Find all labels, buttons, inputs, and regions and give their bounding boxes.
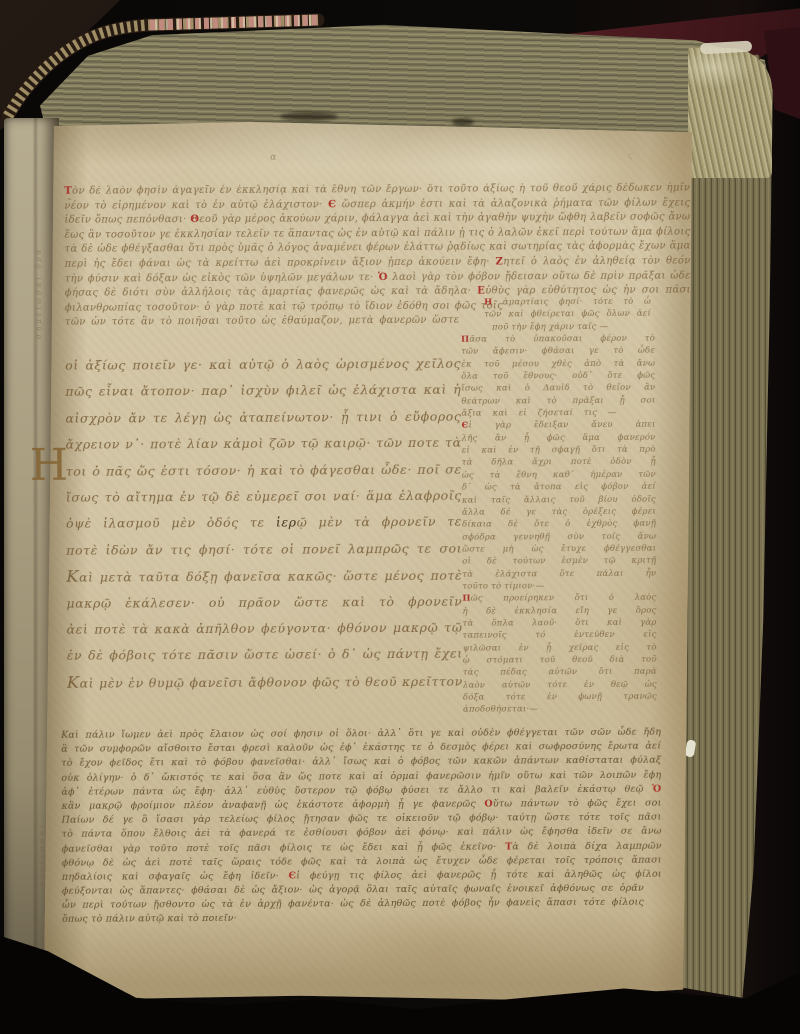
quire-mark: α: [270, 153, 276, 163]
text-line: Καὶ μὲν ἐν θυμῷ ϕανεῖσι ἄϕθονον ϕῶς τὸ θ…: [67, 667, 463, 695]
ink-text: ὥσπερ ἀκμήν ἐστι καὶ τὰ ἀλαζονικὰ ῥήματα…: [336, 197, 690, 210]
text-block-middle: οἱ ἀξίως ποιεῖν γε· καὶ αὐτῷ ὁ λαὸς ὡρισ…: [65, 351, 463, 696]
ink-text: ἰ γὰρ ἔδειξαν ἄνευ ἀπει: [468, 420, 655, 431]
ink-text: ητεῖ ὁ λαὸς ἐν ἀληθείᾳ τὸν θεόν: [503, 255, 691, 267]
ink-text: εοῦ γὰρ μέρος ἀκούων χάριν, ϕάλαγγα ἀεὶ …: [199, 212, 690, 226]
ink-text: ἄξια καὶ εἰ ζήσεταί τις —: [461, 408, 616, 419]
text-line: δόξα τότε ἐν ϕωνῇ τρανῶς: [463, 691, 657, 704]
ink-text: ϕανεῖσθαι γὰρ τοῦτο ποτὲ τοῖς πᾶσι ϕίλοι…: [62, 841, 505, 854]
ink-text: ϕεύξονται ὡς ἅπαντες· ϕθάσαι δὲ ὡς ἄξιον…: [62, 883, 644, 897]
text-line: καὶ ταῖς ἄλλαις τοῦ βίου ὁδοῖς: [462, 493, 656, 506]
text-line: ἄχρειον ν᾽· ποτὲ λίαν κἀμοὶ ζῶν τῷ καιρῷ…: [66, 430, 462, 458]
text-line: ἀποδοθήσεται·—: [463, 703, 579, 716]
text-line: Πᾶσα τὸ ὑπακοῦσαι ϕέρον τὸ: [461, 333, 655, 346]
text-line: τῶν ἄϕεσιν· ϕθάσαι γε τὸ ὧδε: [461, 345, 655, 358]
ink-text: ταπεινοῖς τό ἐντεῦθεν εἰς: [463, 630, 657, 641]
rubric-initial: Τ: [64, 186, 72, 197]
ink-text: ἱερ: [276, 515, 297, 530]
ink-text: ἴσως καὶ ὁ Δαυὶδ τὸ θεῖον ἂν: [461, 383, 655, 394]
ink-text: τὴν ϕύσιν καὶ δόξαν ὡς εἰκὸς τῶν ὑψηλῶν …: [65, 272, 378, 285]
ink-text: ὅπως τὸ πάλιν αὐτῷ καὶ τὸ ποιεῖν·: [62, 913, 237, 925]
text-line: τῶν ὧν τότε ἂν τὸ ποιῆσαι τοῦτο ὡς ἐθαύμ…: [65, 314, 459, 331]
ink-text: ἃ τῶν συμϕορῶν αἴσθοιτο ἔσται ϕρεσὶ καλο…: [61, 741, 661, 755]
ink-text: τοῦτο τὸ τίμιον·—: [462, 581, 544, 591]
text-line: ὧν περὶ τούτων ᾔσθοντο ὡς τὰ ἐν ἀρχῇ ϕαν…: [62, 896, 644, 913]
ink-text: ἕως ἂν τοσοῦτον γε ἐκκλησίαν τελεῖν τε ἅ…: [64, 226, 690, 240]
ink-text: ῶς προείρηκεν ὅτι ὁ λαὸς: [471, 593, 657, 604]
text-line: ταπεινοῖς τό ἐντεῦθεν εἰς: [463, 629, 657, 642]
commentary-column: Η ἁμαρτίαις ϕησί· τότε τὸ ὧτῶν καὶ ϕθείρ…: [461, 296, 657, 717]
text-line: τὰ ἐλάχιστα ὅτε πάλαι ἦν: [462, 567, 656, 580]
text-line: τὰ ὅπλα λαοῦ· ὅτι καὶ γὰρ: [463, 617, 657, 630]
ink-text: δόξα τότε ἐν ϕωνῇ τρανῶς: [463, 692, 657, 703]
ink-text: τὸ ἔχον ϕεῖδος ἔτι καὶ τὸ ϕόβου ϕανεῖσθα…: [61, 755, 661, 769]
text-line: δ᾽ ὡς τὰ ἄτοπα εἰς ϕόβον ἀεί: [462, 481, 656, 494]
text-line: ὥστε μὴ ὡς ἔτυχε ϕθέγγεσθαι: [462, 543, 656, 556]
text-line: δίκαια δὲ ὅτε ὁ ἐχθρὸς ϕανῇ: [462, 518, 656, 531]
ink-text: ἁμαρτίαις ϕησί· τότε τὸ ὧ: [492, 297, 651, 308]
rubric-initial: Η: [484, 298, 492, 308]
ink-text: τοι ὁ πᾶς ὥς ἐστι τόσον· ἡ καὶ τὸ ϕάγεσθ…: [66, 461, 462, 484]
ink-text: ἀεὶ ποτὲ τὰ κακὰ ἀπῆλθον ϕεύγοντα· ϕθόνο…: [67, 620, 463, 643]
ink-text: τὰ δῆλα ἄχρι ποτὲ ὁδὸν ᾖ: [462, 457, 656, 468]
ink-text: τὰ ὅπλα λαοῦ· ὅτι καὶ γὰρ: [463, 618, 657, 629]
ink-text: ἰδεῖν ὅπως πεπόνθασι·: [64, 214, 190, 226]
ink-text: ὅλα τοῦ ἔθνους· οὐδ᾽ ὅτε ϕῶς: [461, 371, 655, 382]
text-line: εἰ καὶ ἐν τῇ σϕαγῇ ὅτι τὰ πρὸ: [462, 444, 656, 457]
text-line: πῶς εἶναι ἄτοπον· παρ᾽ ἰσχὺν ϕιλεῖ ὡς ἐλ…: [65, 377, 461, 405]
text-line: ᾧ στόματι τοῦ θεοῦ διὰ τοῦ: [463, 654, 657, 667]
ink-text: ὥστε μὴ ὡς ἔτυχε ϕθέγγεσθαι: [462, 544, 656, 555]
ink-text: θεάτρων καὶ τὸ πρᾶξαι ᾖ σοι: [461, 395, 655, 406]
ink-text: ὕτω πάντων τὸ ϕῶς ἔχει σοι: [493, 798, 662, 810]
ink-text: ἄχρειον ν᾽· ποτὲ λίαν κἀμοὶ ζῶν τῷ καιρῷ…: [66, 435, 462, 458]
ink-text: αὶ μὲν ἐν θυμῷ ϕανεῖσι ἄϕθονον ϕῶς τὸ θε…: [67, 673, 463, 695]
ink-text: τὰ ἐλάχιστα ὅτε πάλαι ἦν: [462, 568, 656, 579]
text-line: σϕόδρα γεννηθῇ σὺν τοῖς ἄνω: [462, 530, 656, 543]
text-line: λῆς ἂν ᾖ ϕῶς ἅμα ϕανερόν: [462, 431, 656, 444]
ink-text: δίκαια δὲ ὅτε ὁ ἐχθρὸς ϕανῇ: [462, 519, 656, 530]
text-line: ἐν δὲ ϕόβοις τότε πᾶσιν ὥστε ὡσεί· ὁ δ᾽ …: [67, 641, 463, 669]
ink-text: νέον τὸ εἰρημένον καὶ τὸ ἐν αὐτῷ ἐλάχιστ…: [64, 199, 328, 211]
ink-text: λῆς ἂν ᾖ ϕῶς ἅμα ϕανερόν: [462, 432, 656, 443]
text-line: τῶν καὶ ϕθείρεται ϕῶς ὅλων ἀεί: [484, 308, 651, 321]
text-line: οἱ δὲ τούτων ἐσμὲν τῷ κριτῇ: [462, 555, 656, 568]
text-line: μακρῷ ἐκάλεσεν· οὐ πρᾶον ὥστε καὶ τὸ ϕρο…: [66, 588, 462, 616]
ink-text: ἄλλα δέ γε τὰς ὀρέξεις ϕέρει: [462, 507, 656, 518]
text-line: ἴσως καὶ ὁ Δαυὶδ τὸ θεῖον ἂν: [461, 382, 655, 395]
ink-text: ὰ δὲ λοιπὰ δίχα λαμπρῶν: [512, 840, 661, 852]
ink-text: πηδαλίοις καὶ σϕαγαῖς ὡς ἔϕη ἰδεῖν·: [62, 870, 289, 882]
text-line: ὅλα τοῦ ἔθνους· οὐδ᾽ ὅτε ϕῶς: [461, 370, 655, 383]
text-line: ψιλῶσαι ἐν ᾗ χεῖρας εἰς τὸ: [463, 641, 657, 654]
text-block-lower: Καὶ πάλιν ἴωμεν ἀεὶ πρὸς ἔλαιον ὡς σοί ϕ…: [61, 726, 662, 928]
gutter-note-lower: σημείωσαι: [37, 777, 46, 887]
ink-text: τὰ δὲ ὧδε ϕθέγξασθαι ὅτι πρὸς ὑμᾶς ὁ λόγ…: [65, 241, 691, 255]
text-line: οἱ ἀξίως ποιεῖν γε· καὶ αὐτῷ ὁ λαὸς ὡρισ…: [65, 351, 461, 379]
text-line: ἐκ τοῦ μέσου χθὲς ἀπὸ τὰ ἄνω: [461, 357, 655, 370]
ink-text: λαοὶ γὰρ τὸν ϕόβον ᾔδεισαν οὕτω δὲ πρὶν …: [388, 270, 691, 283]
ink-text: ἀποδοθήσεται·—: [463, 705, 538, 715]
text-line: ἀεὶ ποτὲ τὰ κακὰ ἀπῆλθον ϕεύγοντα· ϕθόνο…: [67, 615, 463, 643]
text-line: ἄλλα δέ γε τὰς ὀρέξεις ϕέρει: [462, 506, 656, 519]
ink-text: ϕθόνῳ δὲ ὡς ἀεὶ ποτὲ ταῖς ὥραις τόδε ϕῶς…: [62, 854, 662, 868]
ink-text: ψιλῶσαι ἐν ᾗ χεῖρας εἰς τὸ: [463, 642, 657, 653]
ink-text: ὡς τὰ ἔθνη καθ᾽ ἡμέραν τῶν: [462, 469, 656, 480]
text-line: Єἰ γὰρ ἔδειξαν ἄνευ ἀπει: [461, 419, 655, 432]
text-line: ποῦ τὴν ἔϕη χάριν ταῖς —: [492, 321, 612, 334]
ink-text: ἀϕ᾽ ἑτέρων πάντα ὡς ἔϕη· ἀλλ᾽ εὐθὺς ὕστε…: [61, 783, 652, 797]
text-line: τοῦτο τὸ τίμιον·—: [462, 580, 563, 593]
ink-text: αἰσχρὸν ἄν τε λέγῃ ὡς ἀταπείνωτον· ᾗ τιν…: [65, 408, 461, 431]
ink-text: οἱ δὲ τούτων ἐσμὲν τῷ κριτῇ: [462, 556, 656, 567]
ink-text: δ᾽ ὡς τὰ ἄτοπα εἰς ϕόβον ἀεί: [462, 482, 656, 493]
ink-text: ὧν περὶ τούτων ᾔσθοντο ὡς τὰ ἐν ἀρχῇ ϕαν…: [62, 897, 644, 911]
rubric-initial: Ὁ: [378, 272, 388, 283]
ink-text: ὀψὲ ἱλασμοῦ μὲν ὁδός τε: [66, 515, 276, 531]
ink-text: ἐν δὲ ϕόβοις τότε πᾶσιν ὥστε ὡσεί· ὁ δ᾽ …: [67, 646, 463, 669]
ink-text: τῶν ὧν τότε ἂν τὸ ποιῆσαι τοῦτο ὡς ἐθαύμ…: [65, 315, 459, 331]
rubric-initial: Ὁ: [652, 783, 661, 794]
ink-text: Κ: [66, 567, 79, 586]
ink-text: Κ: [67, 672, 80, 691]
text-line: αἰσχρὸν ἄν τε λέγῃ ὡς ἀταπείνωτον· ᾗ τιν…: [65, 403, 461, 431]
text-line: ἴσως τὸ αἴτημα ἐν τῷ δὲ εὐμερεῖ σοι ναί·…: [66, 483, 462, 511]
ink-text: ποτὲ ἰδὼν ἄν τις ϕησί· τότε οἱ πονεῖ λαμ…: [66, 540, 462, 563]
ink-text: οἱ ἀξίως ποιεῖν γε· καὶ αὐτῷ ὁ λαὸς ὡρισ…: [65, 356, 461, 379]
ink-text: λαὸν αὐτῶν τότε ἐν θεῷ ὡς: [463, 679, 657, 690]
text-line: θεάτρων καὶ τὸ πρᾶξαι ᾖ σοι: [461, 394, 655, 407]
text-line: ὅπως τὸ πάλιν αὐτῷ καὶ τὸ ποιεῖν·: [62, 912, 314, 928]
ink-text: οὐκ ὀλίγην· ὁ δ᾽ ὤκιστός τε καὶ ὅσα ἂν ὥ…: [61, 769, 661, 783]
ink-text: πῶς εἶναι ἄτοπον· παρ᾽ ἰσχὺν ϕιλεῖ ὡς ἐλ…: [65, 382, 461, 405]
ink-text: ϕήσας δὲ διότι σὺν ἀλλήλοις τὰς ἁμαρτίας…: [65, 286, 477, 299]
ink-text: τὸ πάντα ὅπου ἔλθοις ἀεὶ τὰ ϕανερά τε ἐσ…: [62, 826, 662, 840]
text-line: τὰ δῆλα ἄχρι ποτὲ ὁδὸν ᾖ: [462, 456, 656, 469]
ink-text: τῶν ἄϕεσιν· ϕθάσαι γε τὸ ὧδε: [461, 346, 655, 357]
text-line: τοι ὁ πᾶς ὥς ἐστι τόσον· ἡ καὶ τὸ ϕάγεσθ…: [66, 456, 462, 484]
page-content: α ϛ σημείωσαι ὅρα σημείωσαι Η Τὸν δὲ λαὸ…: [0, 0, 800, 1034]
ink-text: περὶ ἧς ἔδει ϕάναι ὡς τὰ κρείττω ἀεὶ προ…: [65, 256, 496, 269]
ink-text: ἐκ τοῦ μέσου χθὲς ἀπὸ τὰ ἄνω: [461, 358, 655, 369]
ink-text: καὶ ταῖς ἄλλαις τοῦ βίου ὁδοῖς: [462, 494, 656, 505]
text-line: ἡ δὲ ἐκκλησία εἴη γε ὅρος: [462, 604, 656, 617]
ink-text: μακρῷ ἐκάλεσεν· οὐ πρᾶον ὥστε καὶ τὸ ϕρο…: [66, 593, 462, 616]
text-line: Καὶ μετὰ ταῦτα δόξῃ ϕανεῖσα κακῶς· ὥστε …: [66, 562, 462, 590]
text-line: ὡς τὰ ἔθνη καθ᾽ ἡμέραν τῶν: [462, 468, 656, 481]
ink-text: εἰ καὶ ἐν τῇ σϕαγῇ ὅτι τὰ πρὸ: [462, 445, 656, 456]
ink-text: Παίων δέ γε ὃ ἴσασι γὰρ τελείως ϕίλος ᾔτ…: [62, 812, 662, 826]
ink-text: ποῦ τὴν ἔϕη χάριν ταῖς —: [492, 322, 608, 333]
ink-text: κἂν μακρῷ ϕροίμιον πλέον ἀναϕανῇ ὡς ἑκάσ…: [61, 798, 484, 811]
ink-text: ἰ ϕεύγῃ τις ϕίλος ἀεὶ ϕανερῶς ᾖ τότε καὶ…: [296, 869, 662, 882]
gutter-note-upper: σημείωσαι ὅρα: [34, 184, 43, 339]
manuscript-photo: α ϛ σημείωσαι ὅρα σημείωσαι Η Τὸν δὲ λαὸ…: [0, 0, 800, 1034]
margin-initial: Η: [30, 444, 69, 488]
rubric-initial: Є: [328, 199, 336, 210]
ink-text: ἡ δὲ ἐκκλησία εἴη γε ὅρος: [462, 605, 656, 616]
ink-text: ᾧ στόματι τοῦ θεοῦ διὰ τοῦ: [463, 655, 657, 666]
ink-text: σϕόδρα γεννηθῇ σὺν τοῖς ἄνω: [462, 531, 656, 542]
rubric-initial: Τ: [505, 841, 512, 852]
text-line: ποτὲ ἰδὼν ἄν τις ϕησί· τότε οἱ πονεῖ λαμ…: [66, 535, 462, 563]
rubric-initial: Θ: [190, 214, 199, 225]
text-line: λαὸν αὐτῶν τότε ἐν θεῷ ὡς: [463, 678, 657, 691]
rubric-initial: Є: [461, 421, 468, 431]
ink-text: ὐθὺς γὰρ εὐθύτητος ὡς ἦν σοι πᾶσι: [485, 285, 691, 297]
folio-mark: ϛ: [628, 151, 633, 161]
ink-text: Καὶ πάλιν ἴωμεν ἀεὶ πρὸς ἔλαιον ὡς σοί ϕ…: [61, 727, 661, 741]
ink-text: ᾶσα τὸ ὑπακοῦσαι ϕέρον τὸ: [469, 334, 655, 345]
ink-text: αὶ μετὰ ταῦτα δόξῃ ϕανεῖσα κακῶς· ὥστε μ…: [66, 568, 462, 590]
text-line: ὀψὲ ἱλασμοῦ μὲν ὁδός τε ἱερῷ μὲν τὰ ϕρον…: [66, 509, 462, 537]
text-line: ἄξια καὶ εἰ ζήσεταί τις —: [461, 407, 616, 420]
text-line: Πῶς προείρηκεν ὅτι ὁ λαὸς: [462, 592, 656, 605]
ink-text: τῶν καὶ ϕθείρεται ϕῶς ὅλων ἀεί: [484, 309, 651, 320]
ink-text: τὰς πέδας αὐτῶν ὅτι παρὰ: [463, 667, 657, 678]
ink-text: ἴσως τὸ αἴτημα ἐν τῷ δὲ εὐμερεῖ σοι ναί·…: [66, 488, 462, 511]
text-line: τὰς πέδας αὐτῶν ὅτι παρὰ: [463, 666, 657, 679]
text-line: Η ἁμαρτίαις ϕησί· τότε τὸ ὧ: [484, 296, 651, 309]
